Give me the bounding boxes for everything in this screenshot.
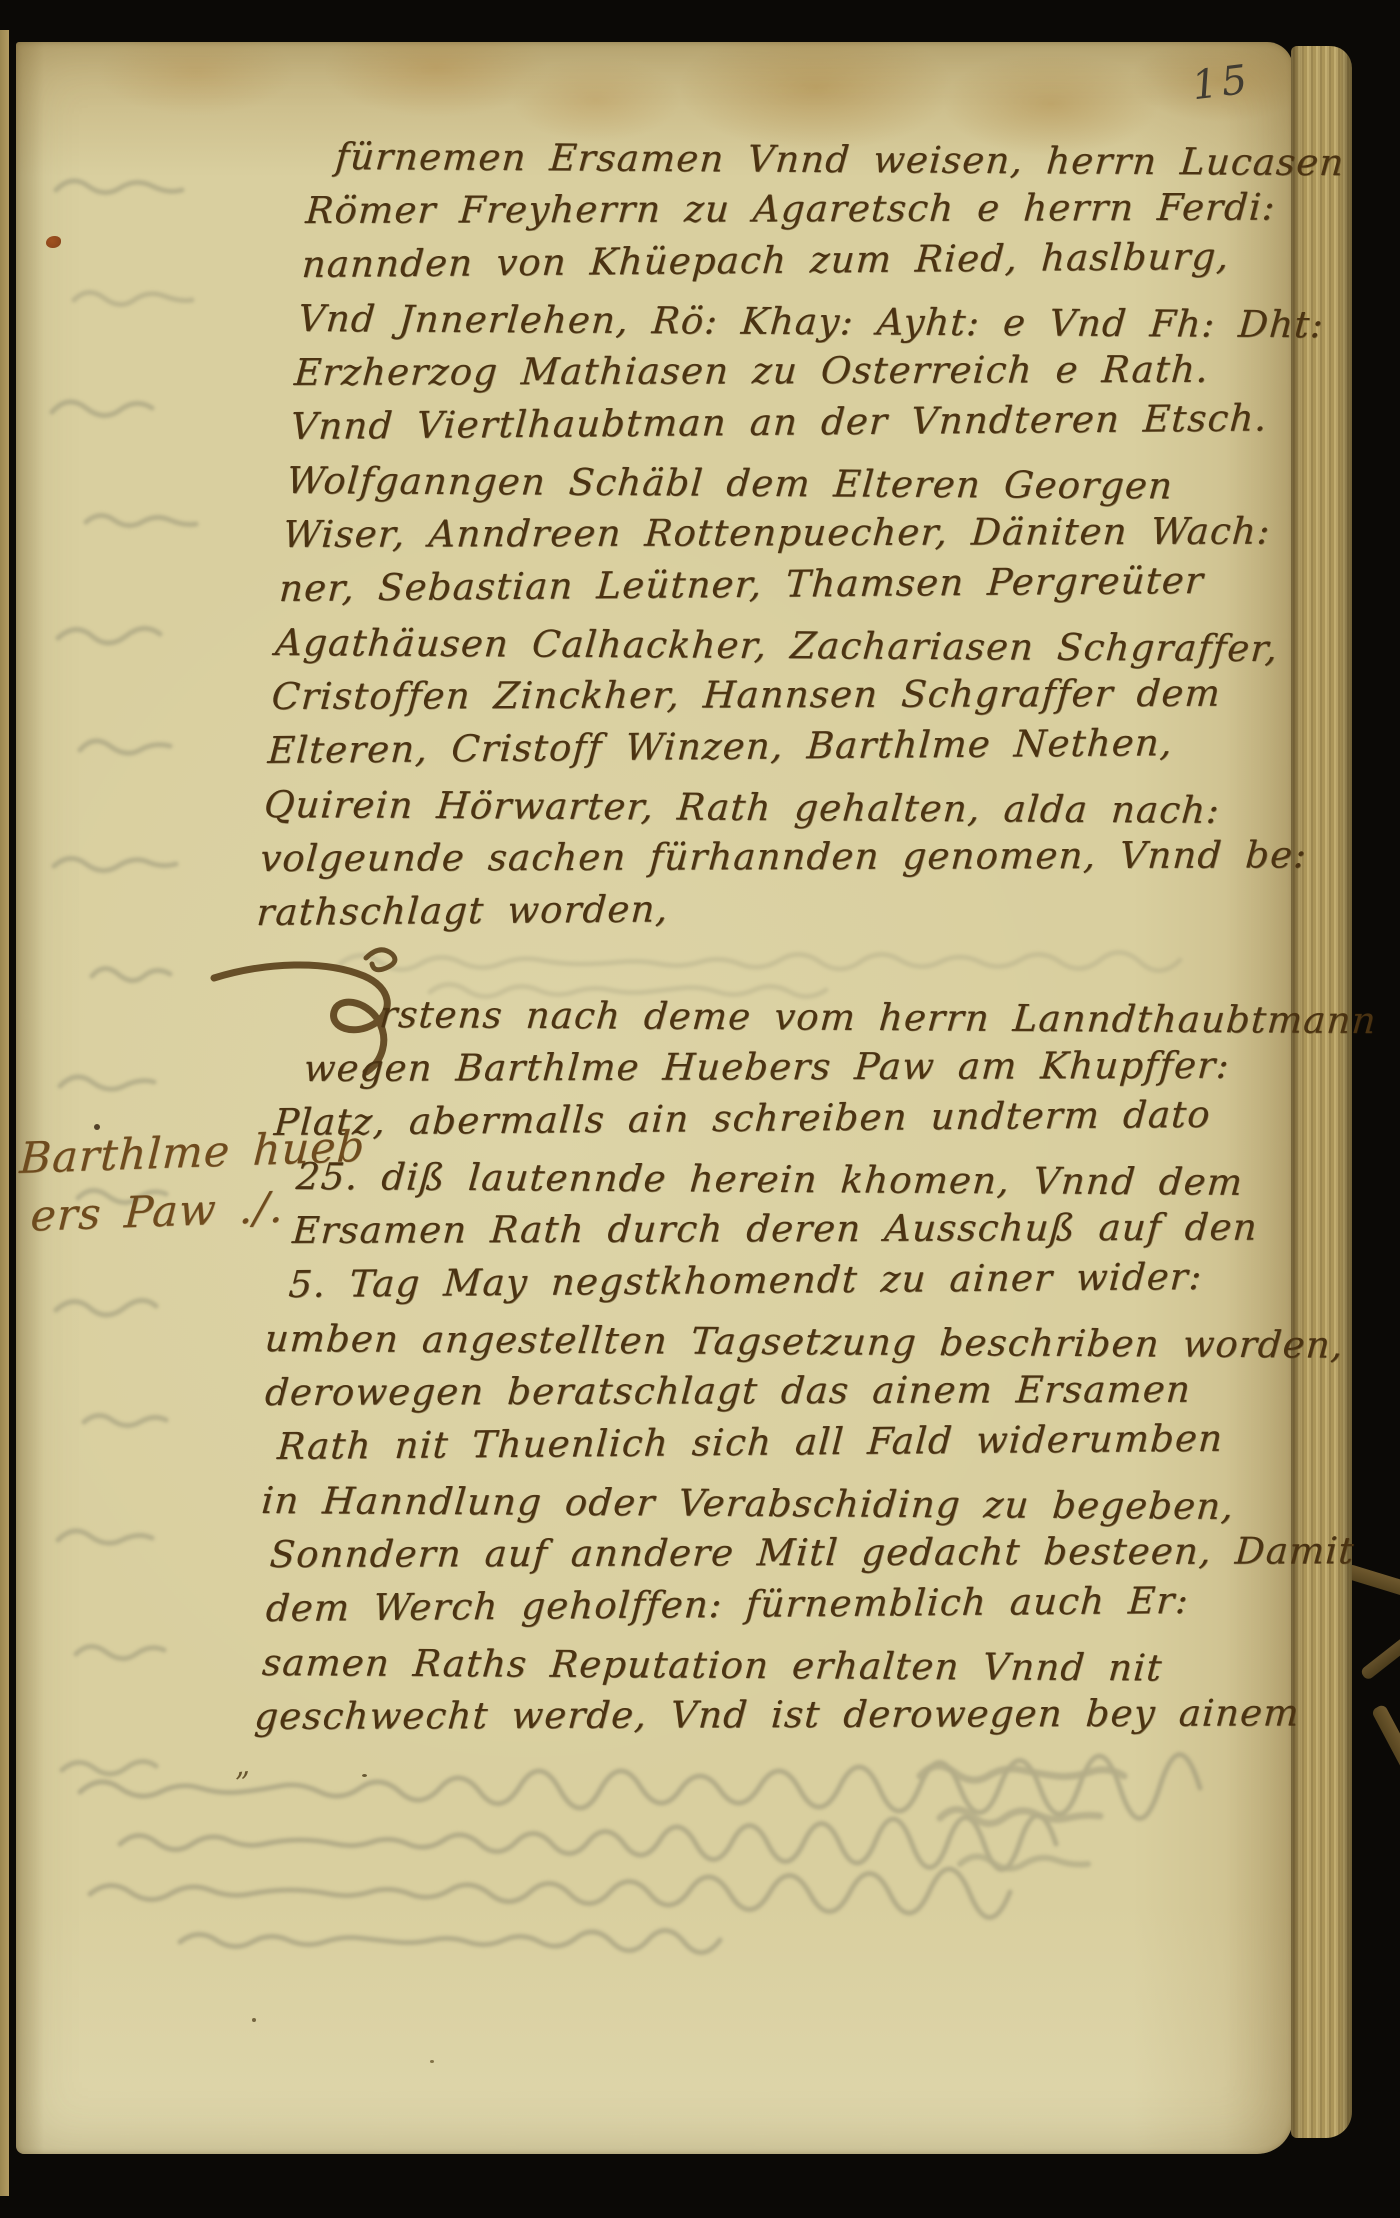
bleed-through-ghost-text	[60, 1752, 1290, 1972]
text-line: ner, Sebastian Leütner, Thamsen Pergreüt…	[278, 553, 1328, 616]
text-line: nannden von Khüepach zum Ried, haslburg,	[300, 229, 1350, 292]
margin-note-line: Barthlme hueb	[18, 1118, 367, 1188]
text-block-1: fürnemen Ersamen Vnnd weisen, herrn Luca…	[255, 130, 1358, 940]
margin-note: Barthlme hueb ers Paw ./.	[15, 1118, 367, 1246]
photographed-manuscript-scene: 15 fürnemen Ersamen Vnnd weisen, herrn L…	[0, 0, 1400, 2218]
text-line: Rath nit Thuenlich sich all Fald widerum…	[276, 1411, 1364, 1474]
book-cover-edge-strip	[0, 30, 9, 2196]
text-line: Platz, abermalls ain schreiben undterm d…	[272, 1086, 1386, 1150]
text-line: Elteren, Cristoff Winzen, Barthlme Nethe…	[266, 715, 1316, 778]
text-line: Vnnd Viertlhaubtman an der Vnndteren Ets…	[289, 391, 1339, 454]
paper-speck	[362, 1774, 367, 1777]
green-table-edge	[0, 2196, 1400, 2218]
paper-speck	[430, 2060, 434, 2063]
text-line: 5. Tag May negstkhomendt zu ainer wider:	[287, 1249, 1375, 1312]
text-block-2: rstens nach deme vom herrn Lanndthaubtma…	[257, 988, 1394, 1744]
binding-cord	[1359, 1628, 1400, 1681]
text-line: dem Werch geholffen: fürnemblich auch Er…	[264, 1573, 1352, 1636]
ink-dot	[94, 1124, 100, 1130]
margin-note-line: ers Paw ./.	[29, 1176, 364, 1246]
text-line: geschwecht werde, Vnd ist derowegen bey …	[253, 1686, 1345, 1744]
binding-cord	[1371, 1704, 1400, 1796]
paper-speck	[252, 2018, 256, 2022]
